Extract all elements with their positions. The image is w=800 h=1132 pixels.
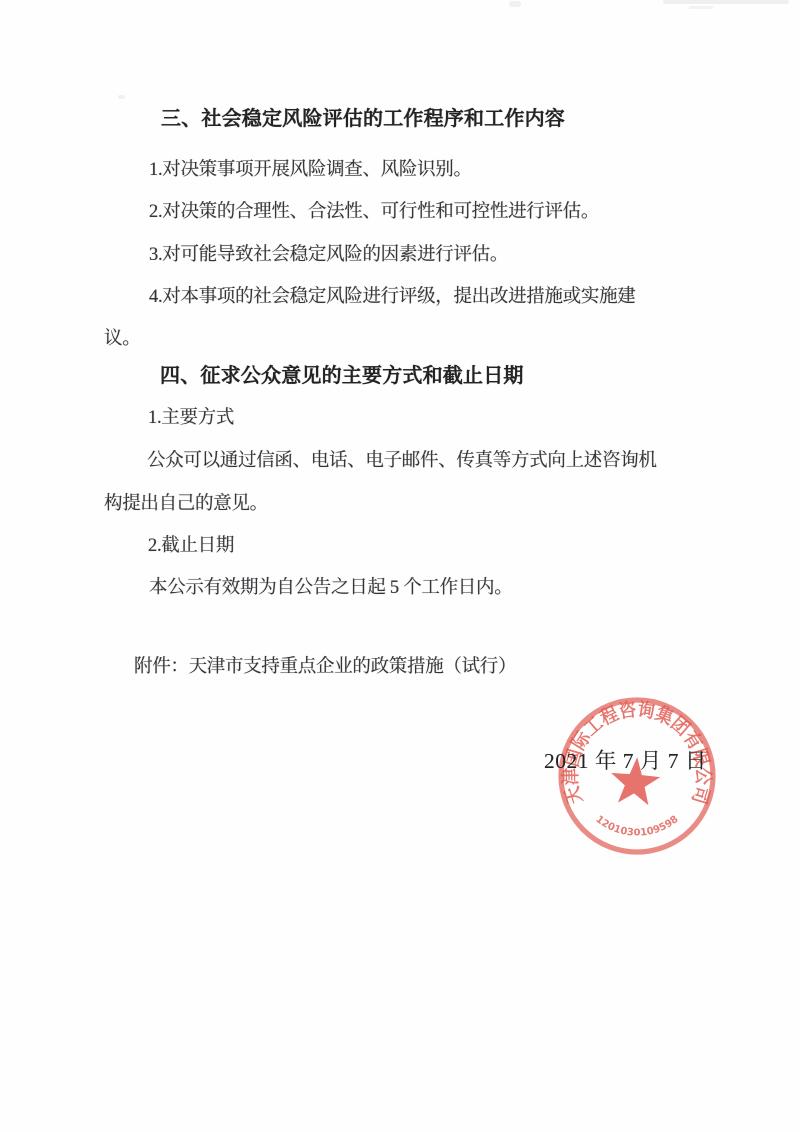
section4-sub-1: 1.主要方式 [148, 406, 234, 430]
section3-item-4-line1: 4.对本事项的社会稳定风险进行评级，提出改进措施或实施建 [149, 285, 635, 309]
section3-item-4-line2: 议。 [104, 327, 140, 351]
seal-number-text: 1201030109598 [593, 814, 680, 839]
scan-artifact [689, 6, 713, 9]
official-seal: 天津国际工程咨询集团有限公司 1201030109598 [552, 691, 722, 861]
section3-heading: 三、社会稳定风险评估的工作程序和工作内容 [161, 106, 565, 132]
scan-artifact [663, 0, 789, 4]
attachment-line: 附件：天津市支持重点企业的政策措施（试行） [134, 655, 516, 679]
section3-item-3: 3.对可能导致社会稳定风险的因素进行评估。 [149, 243, 508, 267]
section3-item-1: 1.对决策事项开展风险调查、风险识别。 [149, 158, 472, 182]
section4-para2: 本公示有效期为自公告之日起 5 个工作日内。 [149, 576, 512, 600]
date-line: 2021 年 7 月 7 日 [544, 744, 707, 775]
section4-para1-line1: 公众可以通过信函、电话、电子邮件、传真等方式向上述咨询机 [147, 449, 657, 473]
scan-artifact [118, 95, 125, 99]
document-page: 三、社会稳定风险评估的工作程序和工作内容 1.对决策事项开展风险调查、风险识别。… [0, 0, 800, 1132]
section4-para1-line2: 构提出自己的意见。 [104, 492, 268, 516]
scan-artifact [509, 1, 521, 7]
svg-text:1201030109598: 1201030109598 [593, 814, 680, 839]
section4-heading: 四、征求公众意见的主要方式和截止日期 [160, 363, 524, 389]
section4-sub-2: 2.截止日期 [148, 534, 234, 558]
section3-item-2: 2.对决策的合理性、合法性、可行性和可控性进行评估。 [149, 200, 599, 224]
